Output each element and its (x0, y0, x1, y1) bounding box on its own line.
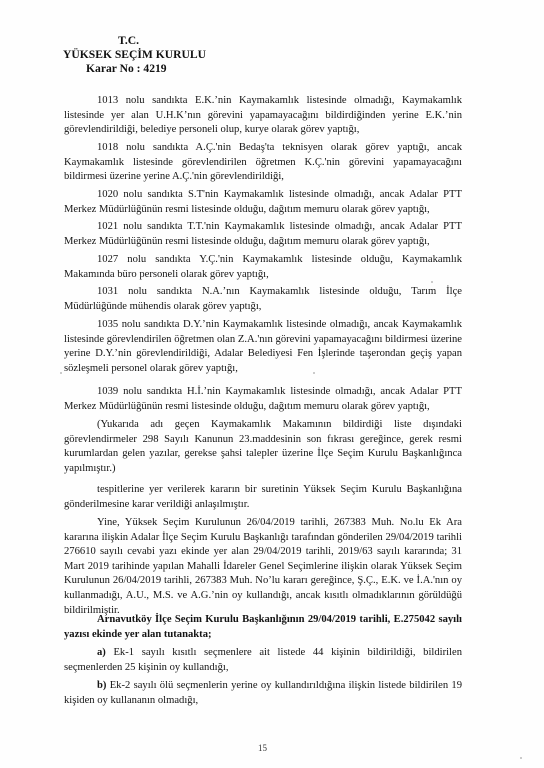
header-tc: T.C. (118, 34, 139, 48)
paragraph-1035: 1035 nolu sandıkta D.Y.’nin Kaymakamlık … (64, 318, 462, 376)
item-b: b) Ek-2 sayılı ölü seçmenlerin yerine oy… (64, 679, 462, 708)
scan-speck (313, 372, 315, 374)
paragraph-1020: 1020 nolu sandıkta S.T'nin Kaymakamlık l… (64, 188, 462, 217)
paragraph-1031: 1031 nolu sandıkta N.A.’nın Kaymakamlık … (64, 285, 462, 314)
scan-speck (431, 281, 433, 283)
paragraph-yine: Yine, Yüksek Seçim Kurulunun 26/04/2019 … (64, 516, 462, 618)
item-a-label: a) (97, 647, 106, 658)
scan-speck (520, 757, 522, 759)
scan-speck (60, 372, 62, 374)
document-page: T.C. YÜKSEK SEÇİM KURULU Karar No : 4219… (0, 0, 544, 768)
paragraph-conclusion: tespitlerine yer verilerek kararın bir s… (64, 483, 462, 512)
paragraph-1039: 1039 nolu sandıkta H.İ.’nin Kaymakamlık … (64, 385, 462, 414)
paragraph-arnavutkoy: Arnavutköy İlçe Seçim Kurulu Başkanlığın… (64, 613, 462, 642)
paragraph-1027: 1027 nolu sandıkta Y.Ç.'nin Kaymakamlık … (64, 253, 462, 282)
paragraph-1021: 1021 nolu sandıkta T.T.'nin Kaymakamlık … (64, 220, 462, 249)
paragraph-1018: 1018 nolu sandıkta A.Ç.'nin Bedaş'ta tek… (64, 141, 462, 185)
header-institution: YÜKSEK SEÇİM KURULU (63, 48, 206, 62)
paragraph-note: (Yukarıda adı geçen Kaymakamlık Makamını… (64, 418, 462, 476)
paragraph-1013: 1013 nolu sandıkta E.K.’nin Kaymakamlık … (64, 94, 462, 138)
item-b-text: Ek-2 sayılı ölü seçmenlerin yerine oy ku… (64, 680, 462, 706)
item-a-text: Ek-1 sayılı kısıtlı seçmenlere ait liste… (64, 647, 462, 673)
item-b-label: b) (97, 680, 106, 691)
item-a: a) Ek-1 sayılı kısıtlı seçmenlere ait li… (64, 646, 462, 675)
page-number: 15 (258, 743, 267, 753)
header-decision-number: Karar No : 4219 (86, 62, 167, 76)
